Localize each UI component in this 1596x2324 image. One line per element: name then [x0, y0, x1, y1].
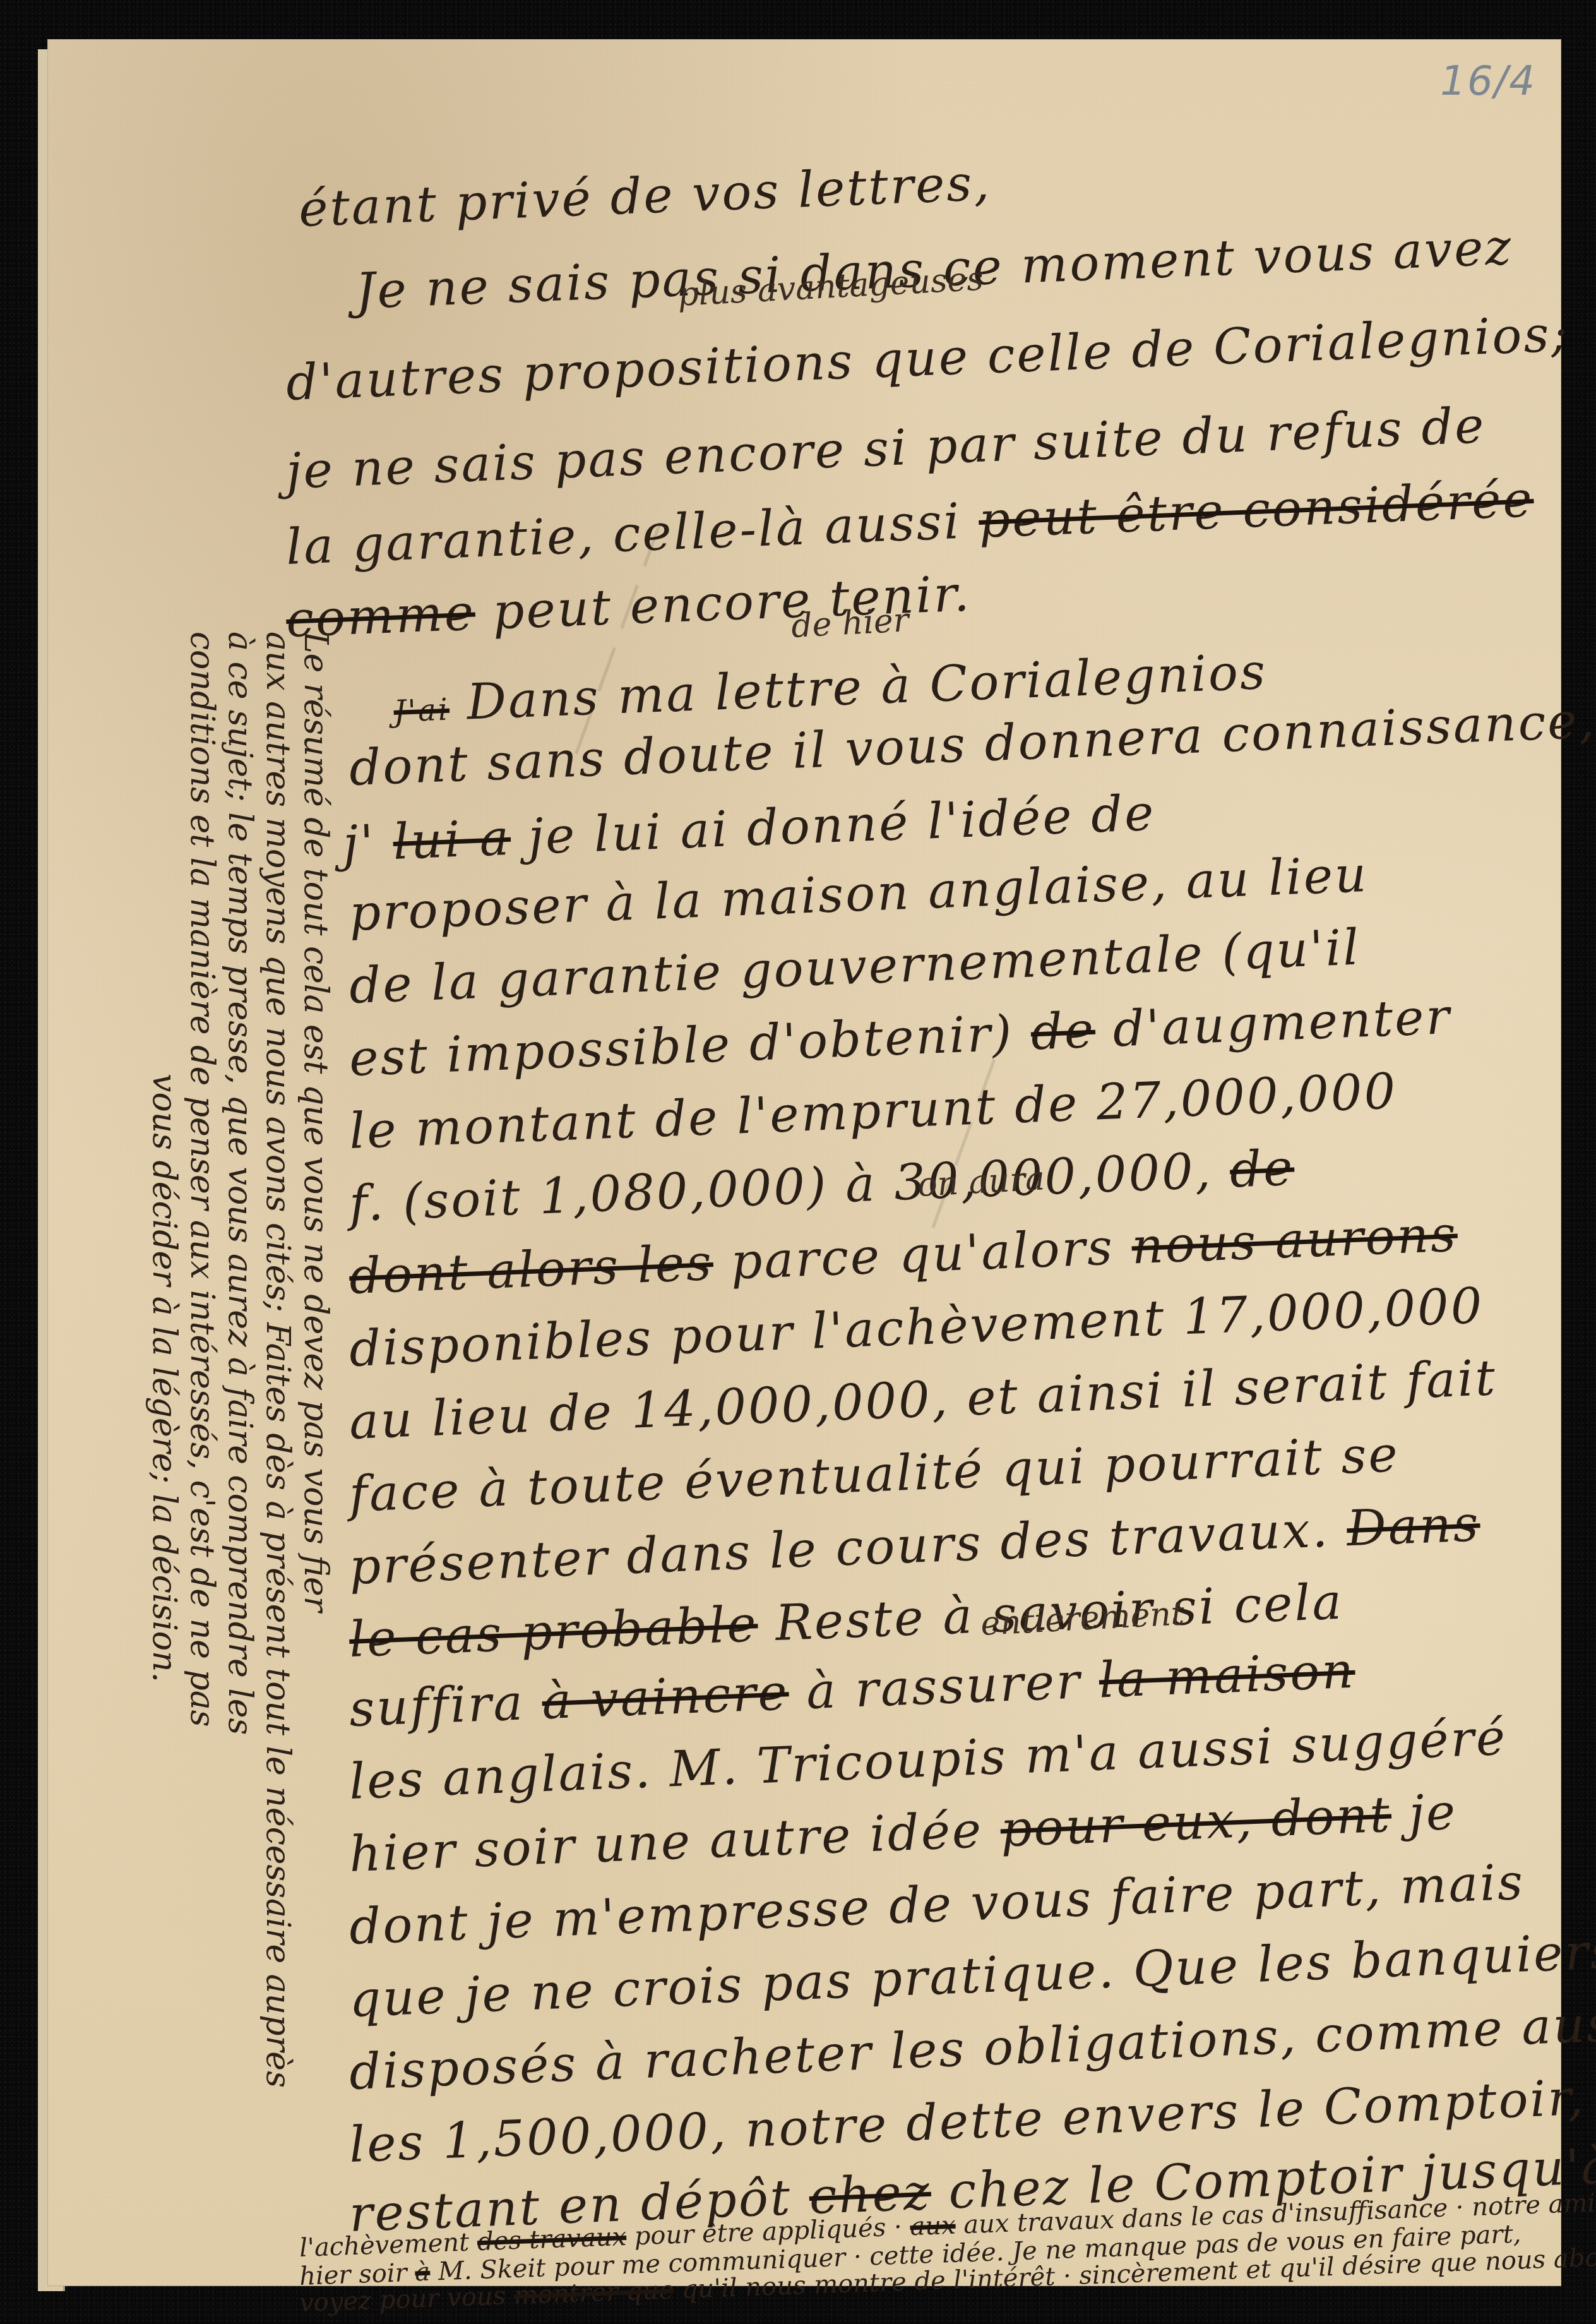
- margin-note-column: vous décider à la légère; la décision.: [145, 1074, 183, 1682]
- body-text: je: [1408, 1784, 1458, 1843]
- body-text: parce qu'alors: [730, 1219, 1116, 1291]
- interlinear-insertion: on aura: [917, 1160, 1046, 1204]
- struck-text: lui a: [392, 810, 512, 871]
- struck-text: Dans: [1346, 1495, 1482, 1557]
- body-text: est impossible d'obtenir): [348, 1005, 1015, 1087]
- body-line: d'autres propositions que celle de Coria…: [285, 306, 1571, 412]
- struck-text: à vaincre: [541, 1664, 790, 1730]
- struck-text: peut être considérée: [978, 471, 1535, 549]
- struck-text: la maison: [1098, 1643, 1356, 1710]
- margin-note-column: conditions et la manière de penser aux i…: [183, 632, 221, 1727]
- body-text: f. (soit 1,080,000) à 30,000,000,: [348, 1143, 1214, 1233]
- body-line: étant privé de vos lettres,: [298, 155, 992, 238]
- margin-note-column: à ce sujet; le temps presse, que vous au…: [221, 632, 259, 1735]
- body-text: restant en dépôt: [348, 2169, 793, 2243]
- struck-text: le cas probable: [348, 1596, 759, 1668]
- interlinear-insertion: de hier: [790, 601, 910, 645]
- struck-text: chez: [808, 2164, 932, 2225]
- struck-text: de: [1030, 1002, 1096, 1062]
- body-text: à rassurer: [806, 1653, 1083, 1721]
- struck-text: nous aurons: [1131, 1206, 1459, 1276]
- body-text: j': [342, 815, 377, 873]
- body-text: chez le Comptoir jusqu'à: [948, 2138, 1596, 2220]
- struck-text: J'ai: [393, 692, 450, 729]
- struck-text: pour eux, dont: [999, 1787, 1393, 1859]
- struck-text: de: [1229, 1140, 1295, 1199]
- body-text: hier soir une autre idée: [348, 1802, 984, 1883]
- margin-note-column: Le résumé de tout cela est que vous ne d…: [297, 632, 335, 1612]
- body-text: d'augmenter: [1112, 988, 1452, 1058]
- body-text: suffira: [348, 1674, 526, 1738]
- struck-text: dont alors les: [348, 1235, 715, 1305]
- margin-note-column: aux autres moyens que nous avons cités; …: [259, 632, 297, 2088]
- folio-number: 16/4: [1440, 58, 1536, 105]
- body-text: je lui ai donné l'idée de: [527, 785, 1157, 866]
